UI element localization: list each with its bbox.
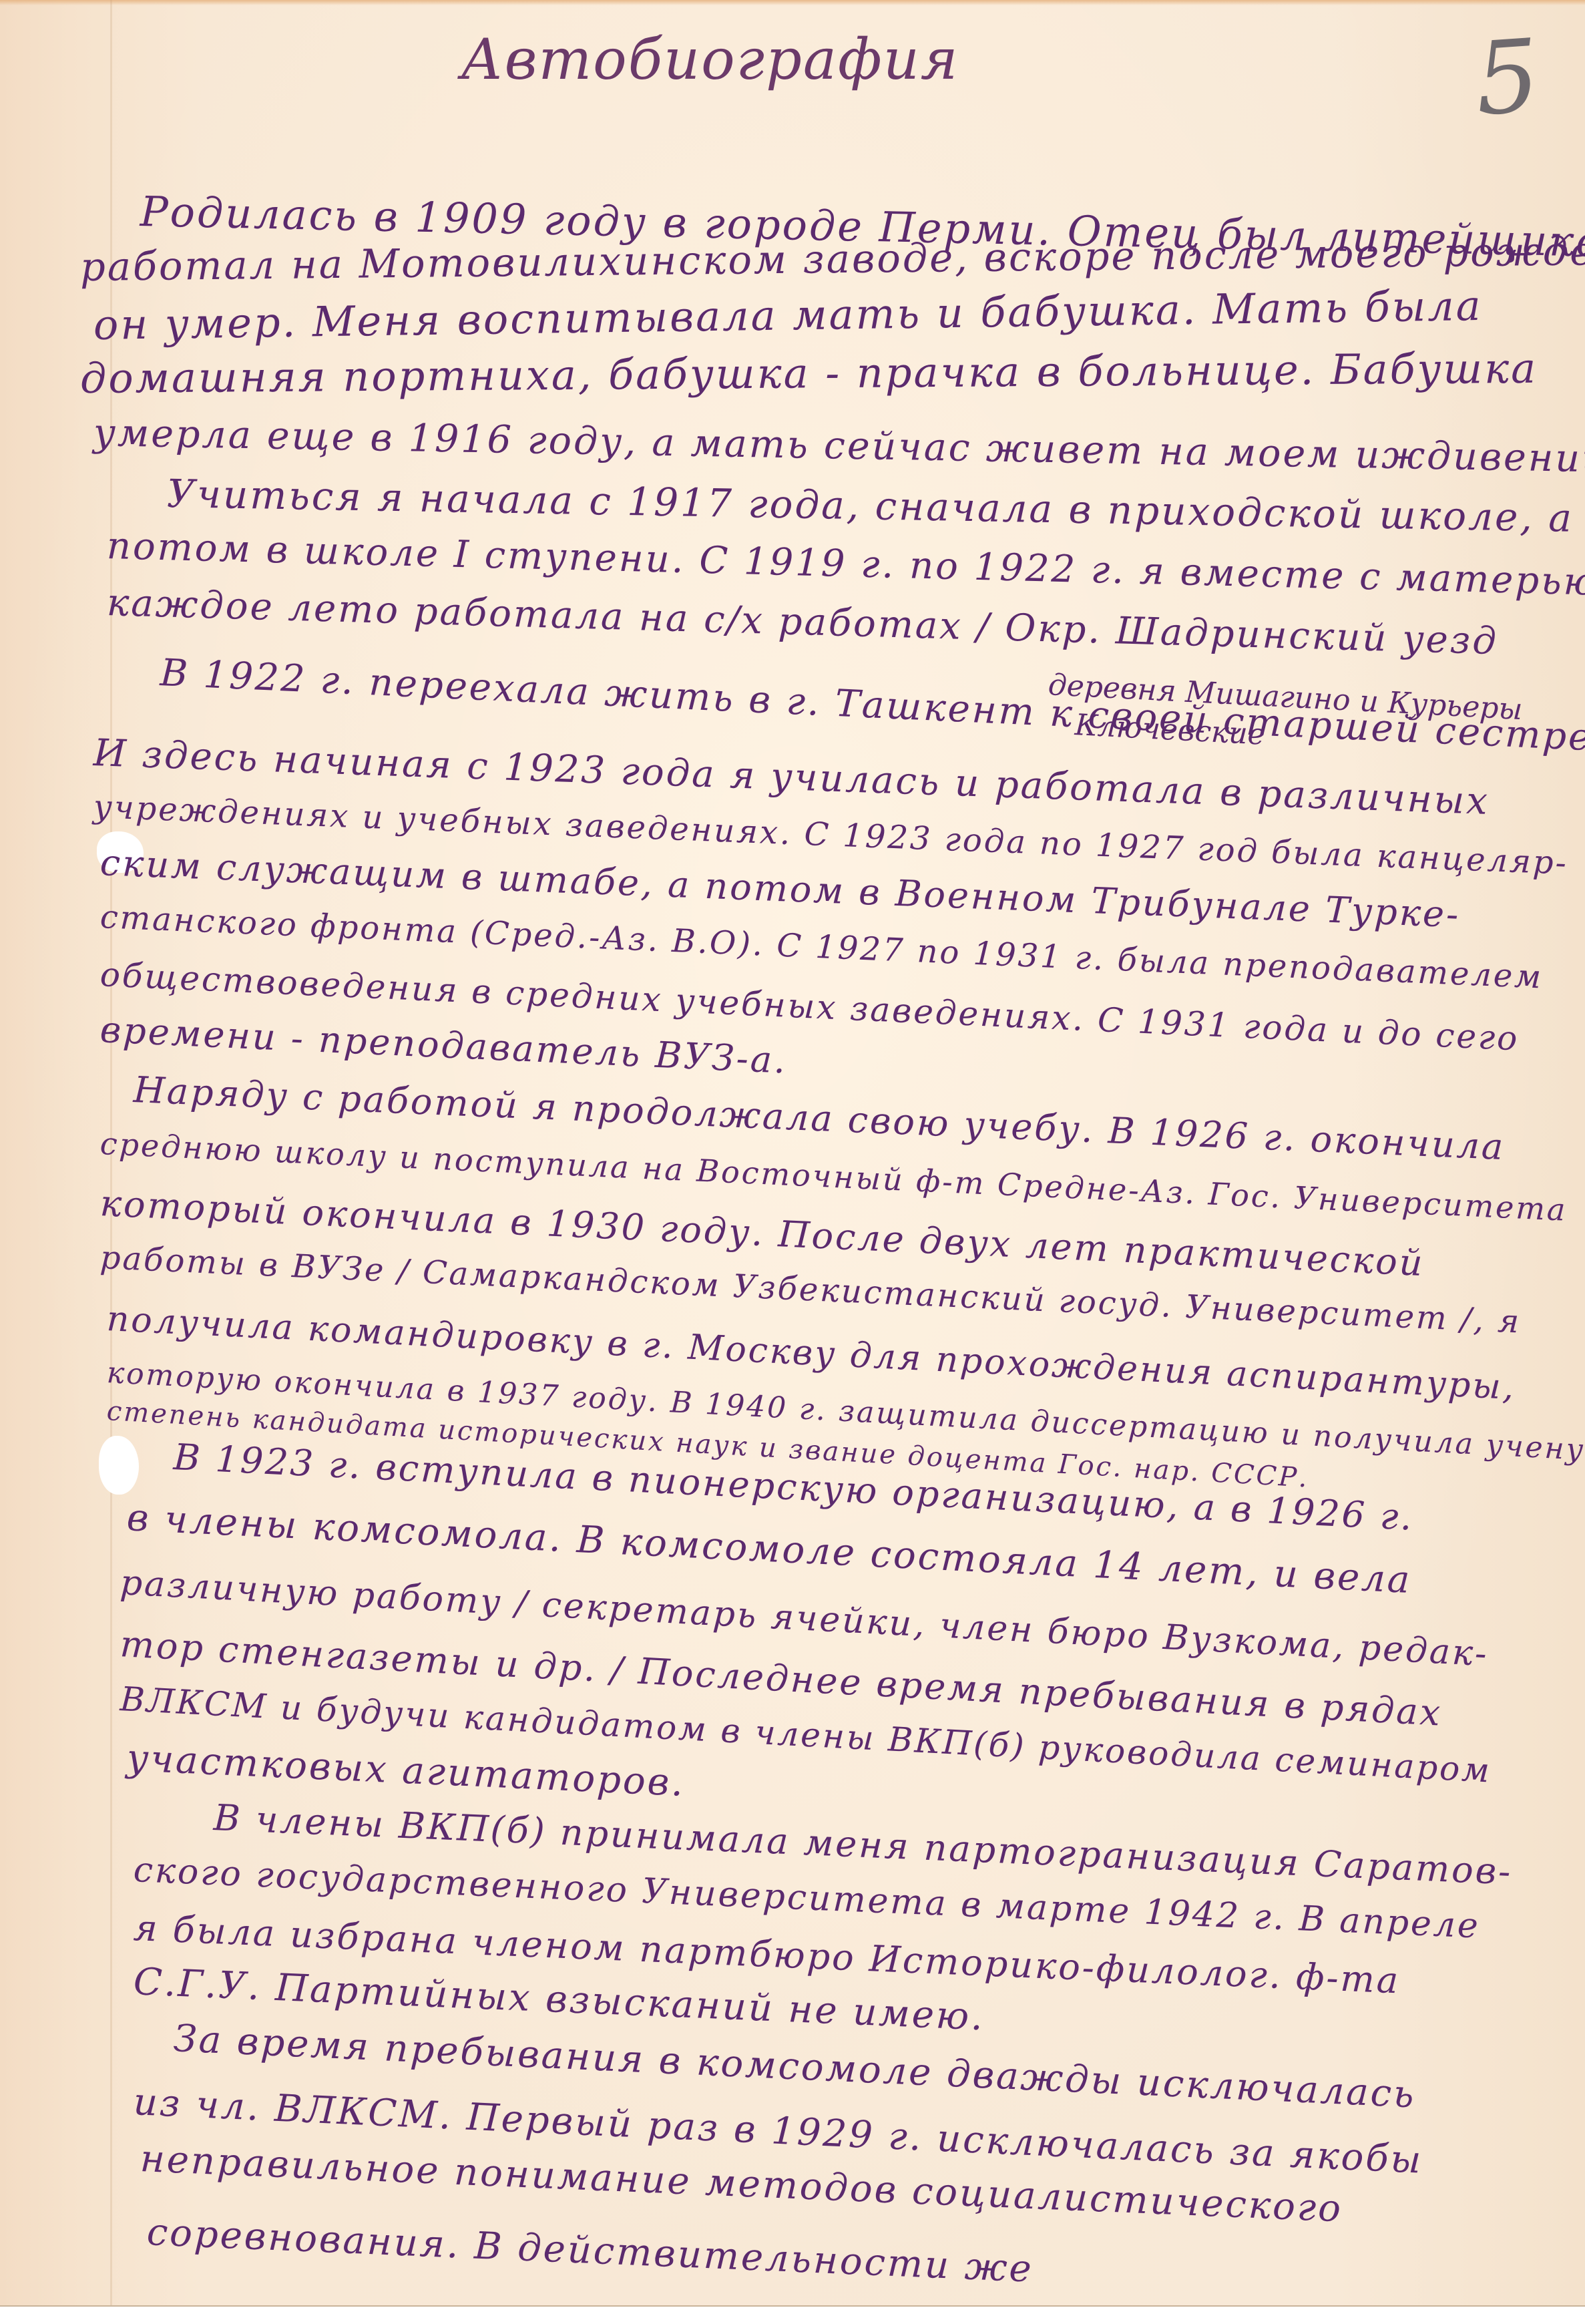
text-line: он умер. Меня воспитывала мать и бабушка… (93, 281, 1483, 349)
text-line: соревнования. В действительности же (146, 2210, 1034, 2291)
scan-border (0, 2307, 1585, 2324)
page-title: Автобиография (461, 27, 959, 92)
text-line: домашняя портниха, бабушка - прачка в бо… (80, 344, 1538, 403)
text-line: участковых агитаторов. (126, 1736, 686, 1805)
text-line: умерла еще в 1916 году, а мать сейчас жи… (93, 411, 1585, 481)
punch-hole (99, 1436, 139, 1495)
document-page: 5 Автобиография Родилась в 1909 году в г… (0, 0, 1585, 2307)
page-number: 5 (1471, 18, 1543, 138)
